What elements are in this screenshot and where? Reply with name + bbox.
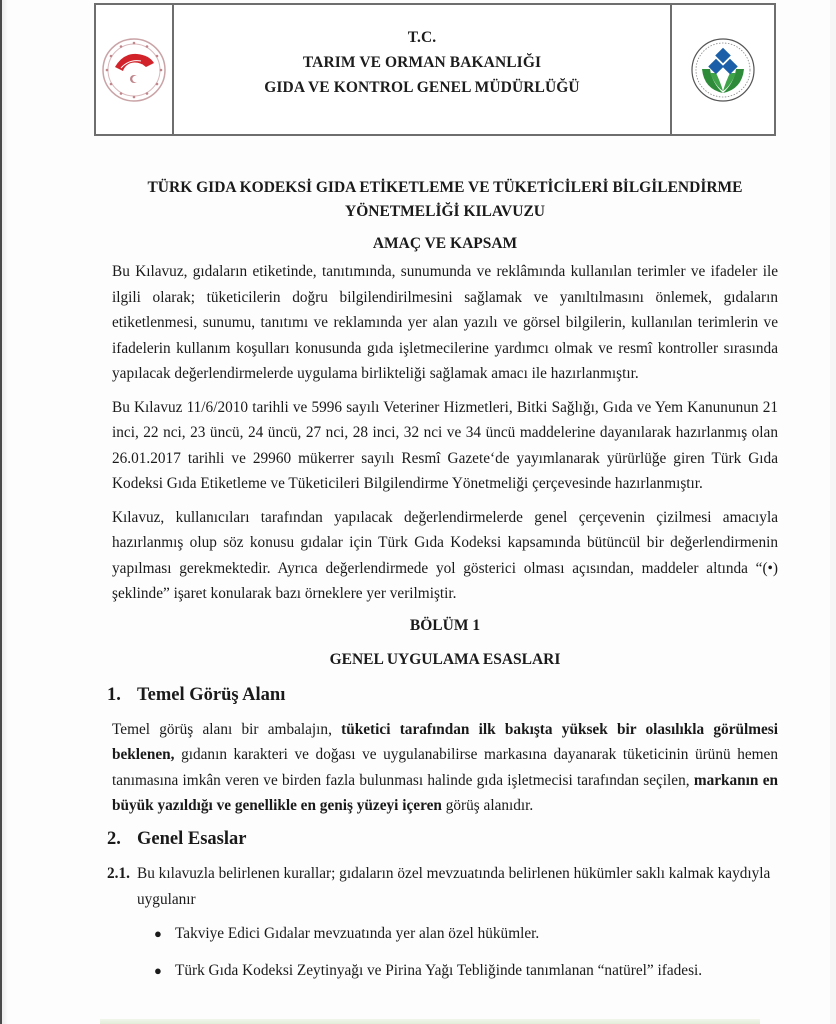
list-item-text: Takviye Edici Gıdalar mevzuatında yer al…	[175, 921, 539, 946]
text-run: Temel görüş alanı bir ambalajın,	[112, 721, 341, 738]
document-page: T.C. TARIM VE ORMAN BAKANLIĞI GIDA VE KO…	[0, 0, 836, 1024]
section-2-1-number: 2.1.	[107, 861, 137, 913]
section-2-heading: 2. Genel Esaslar	[107, 827, 778, 851]
section-2-title: Genel Esaslar	[137, 827, 246, 851]
document-title-line-2: YÖNETMELİĞİ KILAVUZU	[112, 200, 778, 224]
list-item: ● Türk Gıda Kodeksi Zeytinyağı ve Pirina…	[154, 958, 778, 983]
text-run: gıdanın karakteri ve doğası ve uygulanab…	[112, 746, 778, 789]
left-logo-cell	[96, 5, 174, 134]
bullet-icon: ●	[154, 921, 175, 946]
section-1-heading: 1. Temel Görüş Alanı	[107, 683, 778, 707]
bullet-icon: ●	[154, 958, 175, 983]
purpose-heading: AMAÇ VE KAPSAM	[112, 233, 778, 255]
document-title: TÜRK GIDA KODEKSİ GIDA ETİKETLEME VE TÜK…	[112, 176, 778, 224]
paragraph-purpose: Bu Kılavuz, gıdaların etiketinde, tanıtı…	[112, 259, 778, 387]
text-run: görüş alanıdır.	[442, 797, 533, 814]
letterhead-title: T.C. TARIM VE ORMAN BAKANLIĞI GIDA VE KO…	[174, 5, 670, 134]
section-2-1-bullets: ● Takviye Edici Gıdalar mevzuatında yer …	[112, 921, 778, 983]
section-2-1: 2.1. Bu kılavuzla belirlenen kurallar; g…	[107, 861, 778, 913]
header-line-directorate: GIDA VE KONTROL GENEL MÜDÜRLÜĞÜ	[264, 75, 579, 100]
gkgm-logo-icon	[690, 37, 756, 103]
right-logo-cell	[670, 5, 774, 134]
section-1-title: Temel Görüş Alanı	[137, 683, 285, 707]
letterhead: T.C. TARIM VE ORMAN BAKANLIĞI GIDA VE KO…	[94, 3, 776, 136]
paragraph-usage: Kılavuz, kullanıcıları tarafından yapıla…	[112, 505, 778, 607]
header-line-ministry: TARIM VE ORMAN BAKANLIĞI	[303, 50, 541, 75]
chapter-title: GENEL UYGULAMA ESASLARI	[112, 649, 778, 671]
document-body: TÜRK GIDA KODEKSİ GIDA ETİKETLEME VE TÜK…	[112, 176, 778, 995]
section-1-text: Temel görüş alanı bir ambalajın, tüketic…	[112, 717, 778, 819]
chapter-label: BÖLÜM 1	[112, 615, 778, 637]
page-bottom-rule	[100, 1019, 760, 1024]
list-item-text: Türk Gıda Kodeksi Zeytinyağı ve Pirina Y…	[175, 958, 702, 983]
header-line-tc: T.C.	[408, 25, 437, 50]
section-2-1-text: Bu kılavuzla belirlenen kurallar; gıdala…	[137, 861, 778, 913]
list-item: ● Takviye Edici Gıdalar mevzuatında yer …	[154, 921, 778, 946]
ministry-seal-icon	[101, 37, 167, 103]
section-2-number: 2.	[107, 827, 137, 851]
section-1-number: 1.	[107, 683, 137, 707]
paragraph-legal-basis: Bu Kılavuz 11/6/2010 tarihli ve 5996 say…	[112, 395, 778, 497]
document-title-line-1: TÜRK GIDA KODEKSİ GIDA ETİKETLEME VE TÜK…	[112, 176, 778, 200]
